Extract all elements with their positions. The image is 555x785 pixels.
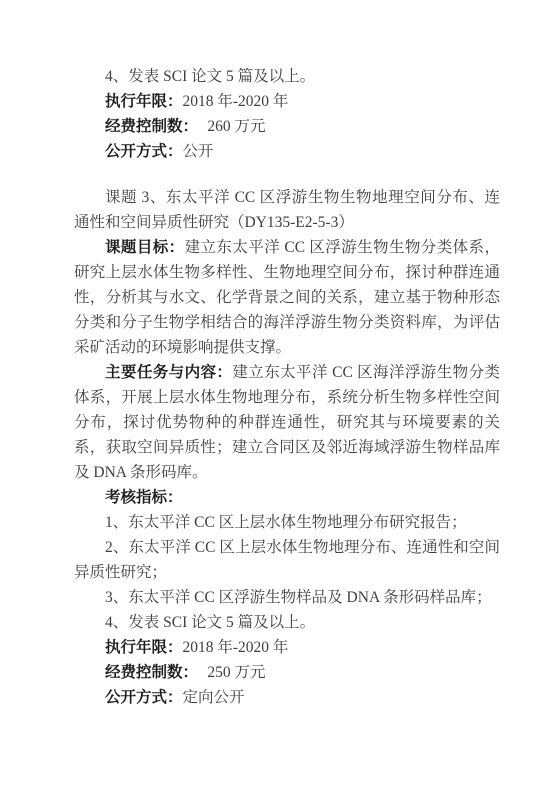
topic3-disclosure-line: 公开方式：定向公开 bbox=[74, 685, 500, 710]
topic3-disclosure-value: 定向公开 bbox=[183, 689, 245, 706]
topic3-objective-text: 建立东太平洋 CC 区浮游生物生物分类体系，研究上层水体生物多样性、生物地理空间… bbox=[74, 239, 500, 356]
indicator-item: 1、东太平洋 CC 区上层水体生物地理分布研究报告； bbox=[74, 510, 500, 535]
topic3-exec-years-line: 执行年限：2018 年-2020 年 bbox=[74, 635, 500, 660]
topic3-budget-line: 经费控制数：250 万元 bbox=[74, 660, 500, 685]
prev-exec-years-line: 执行年限：2018 年-2020 年 bbox=[74, 89, 500, 114]
prev-indicator-item-4: 4、发表 SCI 论文 5 篇及以上。 bbox=[74, 64, 500, 89]
indicator-item: 4、发表 SCI 论文 5 篇及以上。 bbox=[74, 610, 500, 635]
topic3-tasks-text: 建立东太平洋 CC 区海洋浮游生物分类体系，开展上层水体生物地理分布，系统分析生… bbox=[74, 364, 500, 481]
topic3-budget-value: 250 万元 bbox=[207, 664, 265, 681]
prev-disclosure-value: 公开 bbox=[183, 143, 214, 160]
prev-exec-years-value: 2018 年-2020 年 bbox=[183, 93, 289, 110]
document-content: 4、发表 SCI 论文 5 篇及以上。 执行年限：2018 年-2020 年 经… bbox=[74, 64, 500, 710]
prev-budget-line: 经费控制数：260 万元 bbox=[74, 114, 500, 139]
topic3-indicators-heading: 考核指标： bbox=[74, 485, 500, 510]
topic3-tasks-paragraph: 主要任务与内容：建立东太平洋 CC 区海洋浮游生物分类体系，开展上层水体生物地理… bbox=[74, 360, 500, 485]
document-page: 4、发表 SCI 论文 5 篇及以上。 执行年限：2018 年-2020 年 经… bbox=[0, 0, 555, 785]
topic3-tasks-label: 主要任务与内容： bbox=[105, 364, 232, 381]
topic3-objective-label: 课题目标： bbox=[105, 239, 185, 256]
prev-exec-years-label: 执行年限： bbox=[105, 93, 183, 110]
topic3-exec-years-value: 2018 年-2020 年 bbox=[183, 639, 289, 656]
topic3-exec-years-label: 执行年限： bbox=[105, 639, 183, 656]
prev-budget-value: 260 万元 bbox=[207, 118, 265, 135]
indicator-item: 2、东太平洋 CC 区上层水体生物地理分布、连通性和空间异质性研究； bbox=[74, 535, 500, 585]
indicator-item: 3、东太平洋 CC 区浮游生物样品及 DNA 条形码样品库； bbox=[74, 585, 500, 610]
prev-disclosure-line: 公开方式：公开 bbox=[74, 139, 500, 164]
prev-disclosure-label: 公开方式： bbox=[105, 143, 183, 160]
prev-budget-label: 经费控制数： bbox=[105, 118, 198, 135]
topic3-objective-paragraph: 课题目标：建立东太平洋 CC 区浮游生物生物分类体系，研究上层水体生物多样性、生… bbox=[74, 235, 500, 360]
topic3-indicators-label: 考核指标： bbox=[105, 489, 183, 506]
topic3-budget-label: 经费控制数： bbox=[105, 664, 198, 681]
topic3-disclosure-label: 公开方式： bbox=[105, 689, 183, 706]
topic3-heading: 课题 3、东太平洋 CC 区浮游生物生物地理空间分布、连通性和空间异质性研究（D… bbox=[74, 185, 500, 235]
